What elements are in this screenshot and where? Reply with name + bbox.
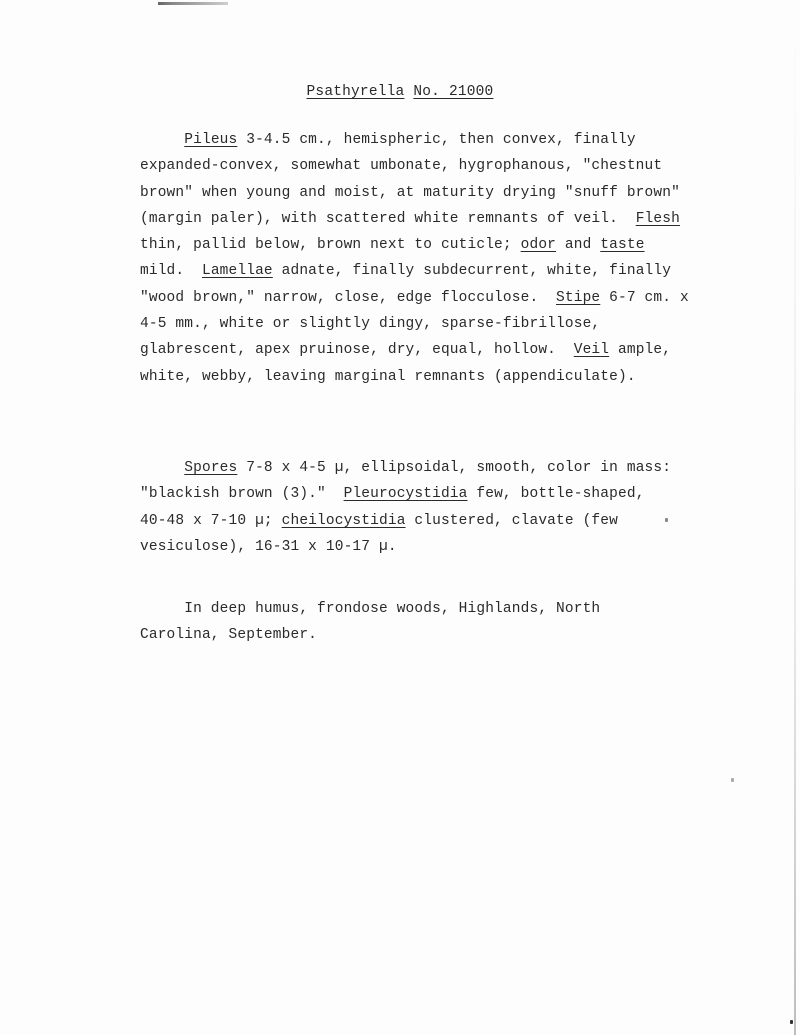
paragraph-description: Pileus 3-4.5 cm., hemispheric, then conv… — [140, 127, 730, 390]
underlined-term: Pleurocystidia — [344, 486, 468, 502]
text-segment: and — [556, 237, 600, 253]
text-line: thin, pallid below, brown next to cuticl… — [140, 232, 730, 258]
text-line: mild. Lamellae adnate, finally subdecurr… — [140, 258, 730, 284]
scan-artifact-dot — [731, 778, 734, 782]
text-segment: clustered, clavate (few — [406, 513, 618, 529]
text-segment: In deep humus, frondose woods, Highlands… — [140, 601, 600, 617]
text-line: Pileus 3-4.5 cm., hemispheric, then conv… — [140, 127, 730, 153]
text-segment: ample, — [609, 342, 671, 358]
text-segment: brown" when young and moist, at maturity… — [140, 185, 680, 201]
underlined-term: Stipe — [556, 290, 600, 306]
text-segment: 3-4.5 cm., hemispheric, then convex, fin… — [237, 132, 635, 148]
text-segment: (margin paler), with scattered white rem… — [140, 211, 636, 227]
text-segment: few, bottle-shaped, — [468, 486, 645, 502]
text-line: Spores 7-8 x 4-5 µ, ellipsoidal, smooth,… — [140, 455, 730, 481]
text-line: 4-5 mm., white or slightly dingy, sparse… — [140, 311, 730, 337]
underlined-term: taste — [600, 237, 644, 253]
text-line: brown" when young and moist, at maturity… — [140, 180, 730, 206]
underlined-term: Veil — [574, 342, 609, 358]
text-segment: 6-7 cm. x — [600, 290, 689, 306]
text-segment: 4-5 mm., white or slightly dingy, sparse… — [140, 316, 600, 332]
text-line: Carolina, September. — [140, 622, 730, 648]
text-line: "wood brown," narrow, close, edge floccu… — [140, 285, 730, 311]
text-segment: white, webby, leaving marginal remnants … — [140, 369, 636, 385]
text-segment: Carolina, September. — [140, 627, 317, 643]
text-line: "blackish brown (3)." Pleurocystidia few… — [140, 481, 730, 507]
scan-artifact-mark — [158, 2, 228, 5]
underlined-term: Flesh — [636, 211, 680, 227]
underlined-term: odor — [521, 237, 556, 253]
text-line: In deep humus, frondose woods, Highlands… — [140, 596, 730, 622]
text-segment: vesiculose), 16-31 x 10-17 µ. — [140, 539, 397, 555]
underlined-term: Pileus — [184, 132, 237, 148]
title-genus: Psathyrella — [307, 84, 405, 100]
text-line: vesiculose), 16-31 x 10-17 µ. — [140, 534, 730, 560]
text-segment: 7-8 x 4-5 µ, ellipsoidal, smooth, color … — [237, 460, 671, 476]
scan-artifact-dot — [790, 1020, 793, 1024]
text-segment: thin, pallid below, brown next to cuticl… — [140, 237, 521, 253]
title-number: No. 21000 — [413, 84, 493, 100]
text-line: expanded-convex, somewhat umbonate, hygr… — [140, 153, 730, 179]
paragraph-microscopic: Spores 7-8 x 4-5 µ, ellipsoidal, smooth,… — [140, 455, 730, 560]
text-segment: 40-48 x 7-10 µ; — [140, 513, 282, 529]
underlined-term: Spores — [184, 460, 237, 476]
text-line: glabrescent, apex pruinose, dry, equal, … — [140, 337, 730, 363]
underlined-term: cheilocystidia — [282, 513, 406, 529]
text-segment: adnate, finally subdecurrent, white, fin… — [273, 263, 671, 279]
scan-artifact-edge — [794, 0, 796, 1035]
text-segment — [140, 460, 184, 476]
text-segment: mild. — [140, 263, 202, 279]
text-segment — [140, 132, 184, 148]
text-line: white, webby, leaving marginal remnants … — [140, 364, 730, 390]
typewritten-page: Psathyrella No. 21000 Pileus 3-4.5 cm., … — [0, 0, 800, 1035]
underlined-term: Lamellae — [202, 263, 273, 279]
text-segment: "wood brown," narrow, close, edge floccu… — [140, 290, 556, 306]
text-segment: "blackish brown (3)." — [140, 486, 344, 502]
text-line: 40-48 x 7-10 µ; cheilocystidia clustered… — [140, 508, 730, 534]
paragraph-habitat: In deep humus, frondose woods, Highlands… — [140, 596, 730, 649]
page-title: Psathyrella No. 21000 — [0, 84, 800, 100]
text-segment: expanded-convex, somewhat umbonate, hygr… — [140, 158, 662, 174]
text-line: (margin paler), with scattered white rem… — [140, 206, 730, 232]
text-segment: glabrescent, apex pruinose, dry, equal, … — [140, 342, 574, 358]
